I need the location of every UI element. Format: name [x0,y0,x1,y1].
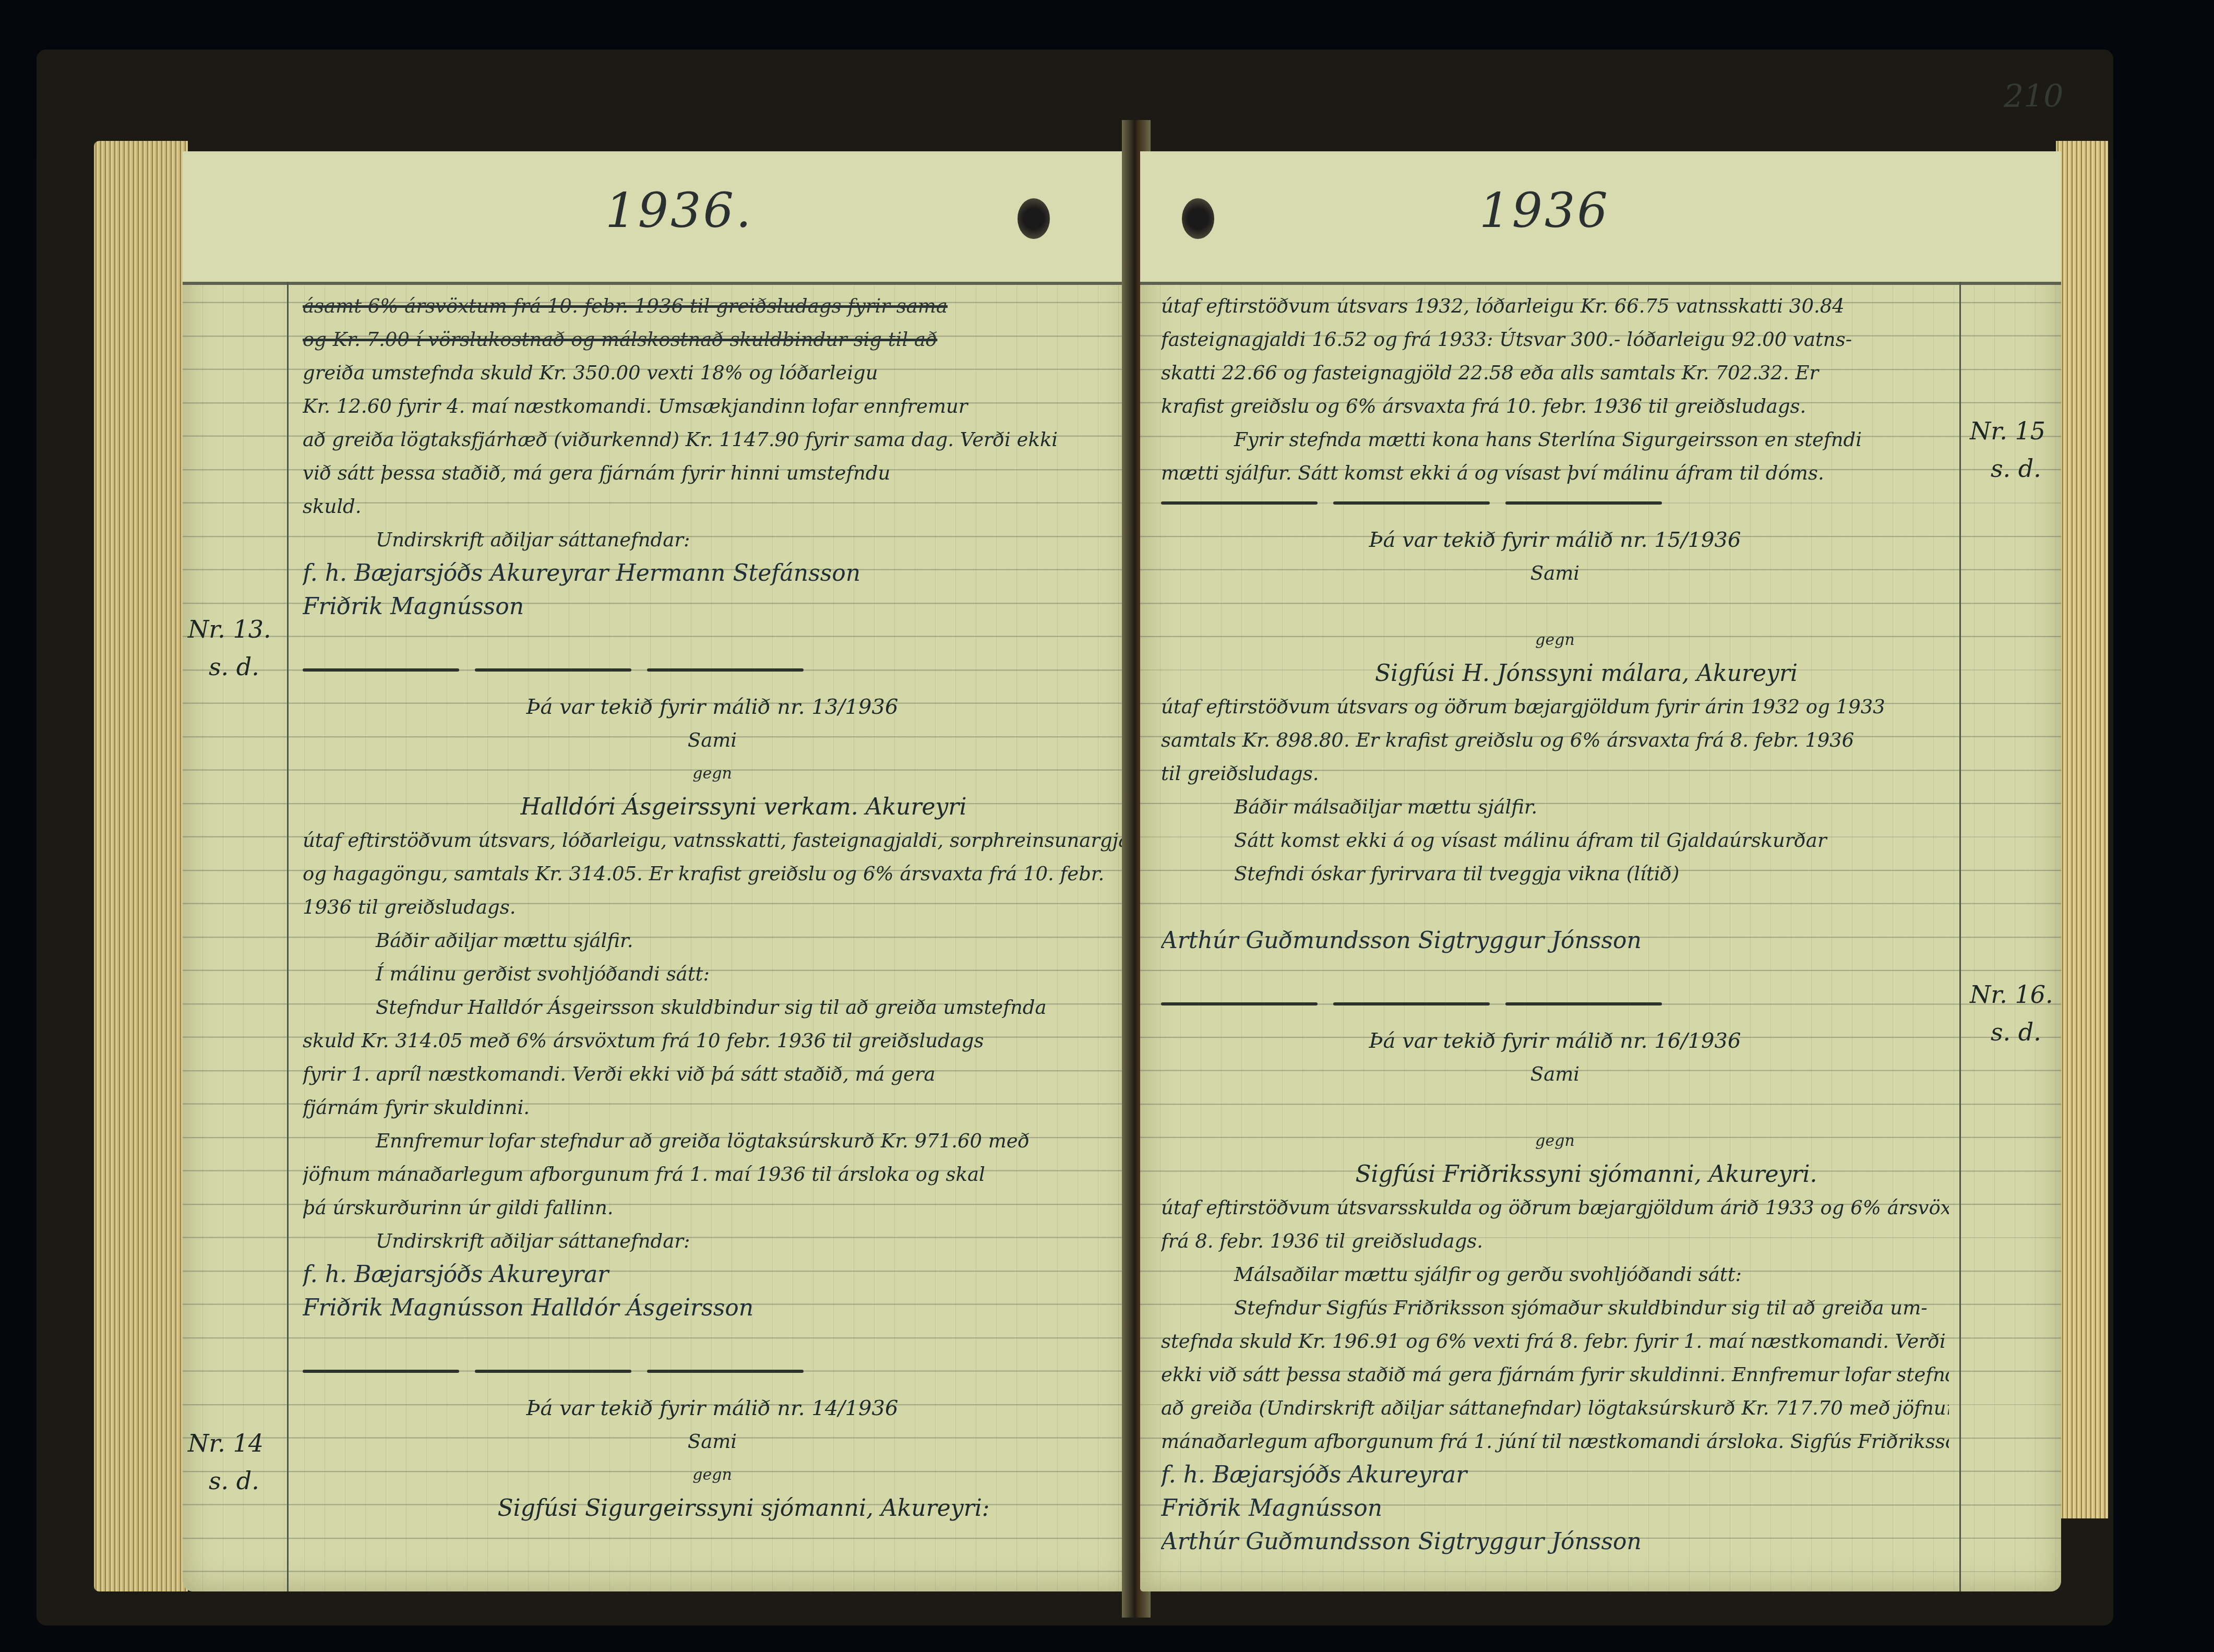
handwritten-line: Stefndur Sigfús Friðriksson sjómaður sku… [1161,1291,1949,1325]
handwritten-line: samtals Kr. 898.80. Er krafist greiðslu … [1161,724,1949,757]
handwritten-line: Sami [303,724,1122,757]
handwritten-line [303,1325,1122,1358]
handwritten-line: Arthúr Guðmundsson Sigtryggur Jónsson [1161,924,1949,957]
handwritten-line: Báðir málsaðiljar mættu sjálfir. [1161,791,1949,824]
handwritten-line: skuld Kr. 314.05 með 6% ársvöxtum frá 10… [303,1024,1122,1058]
margin-rule [287,282,289,1591]
page-edges-left [94,141,188,1591]
left-page-header: 1936. [183,151,1132,285]
right-page: 1936 Nr. 15 s. d. Nr. 16. s. d. útaf eft… [1140,151,2061,1591]
right-page-body: útaf eftirstöðvum útsvars 1932, lóðarlei… [1161,290,1949,1559]
handwritten-line: f. h. Bæjarsjóðs Akureyrar [1161,1458,1949,1492]
handwritten-line: Þá var tekið fyrir málið nr. 15/1936 [1161,523,1949,557]
entry-divider [303,1358,1122,1392]
handwritten-line: Málsaðilar mættu sjálfir og gerðu svohlj… [1161,1258,1949,1291]
handwritten-line: Fyrir stefnda mætti kona hans Sterlína S… [1161,423,1949,457]
handwritten-line: 1936 til greiðsludags. [303,891,1122,924]
handwritten-line: frá 8. febr. 1936 til greiðsludags. [1161,1225,1949,1258]
case-number: Nr. 15 [1970,412,2045,450]
right-page-header: 1936 [1140,151,2061,285]
handwritten-line: f. h. Bæjarsjóðs Akureyrar [303,1258,1122,1291]
left-page: 1936. Nr. 13. s. d. Nr. 14 s. d. ásamt 6… [183,151,1132,1591]
handwritten-line: útaf eftirstöðvum útsvarsskulda og öðrum… [1161,1191,1949,1225]
page-edges-right [2056,141,2108,1518]
divider-stroke [1333,501,1490,505]
handwritten-line: Kr. 12.60 fyrir 4. maí næstkomandi. Umsæ… [303,390,1122,423]
punch-hole [1018,198,1050,239]
handwritten-line: Arthúr Guðmundsson Sigtryggur Jónsson [1161,1525,1949,1559]
handwritten-line: Friðrik Magnússon Halldór Ásgeirsson [303,1291,1122,1325]
handwritten-line: Sami [303,1425,1122,1458]
case-date: s. d. [188,648,271,686]
divider-stroke [475,1370,631,1373]
handwritten-line [303,624,1122,657]
handwritten-line: gegn [1161,624,1949,657]
page-number: 210 [2004,78,2064,115]
divider-stroke [1333,1002,1490,1005]
divider-stroke [1505,501,1662,505]
handwritten-line [1161,1091,1949,1124]
divider-stroke [303,1370,459,1373]
handwritten-line: Undirskrift aðiljar sáttanefndar: [303,1225,1122,1258]
entry-divider [1161,991,1949,1024]
case-date: s. d. [188,1462,264,1500]
handwritten-line: að greiða (Undirskrift aðiljar sáttanefn… [1161,1392,1949,1425]
punch-hole [1182,198,1214,239]
handwritten-line: Báðir aðiljar mættu sjálfir. [303,924,1122,957]
handwritten-line: fasteignagjaldi 16.52 og frá 1933: Útsva… [1161,323,1949,356]
handwritten-line: skatti 22.66 og fasteignagjöld 22.58 eða… [1161,356,1949,390]
margin-entry-14: Nr. 14 s. d. [188,1424,264,1500]
handwritten-line [1161,590,1949,624]
handwritten-line: greiða umstefnda skuld Kr. 350.00 vexti … [303,356,1122,390]
handwritten-line: gegn [303,757,1122,791]
handwritten-line: mætti sjálfur. Sátt komst ekki á og vísa… [1161,457,1949,490]
case-date: s. d. [1970,1013,2053,1051]
right-year-header: 1936 [1479,183,1610,238]
case-number: Nr. 16. [1970,976,2053,1013]
handwritten-line: Sami [1161,1058,1949,1091]
handwritten-line: Sigfúsi Sigurgeirssyni sjómanni, Akureyr… [303,1492,1122,1525]
handwritten-line: ásamt 6% ársvöxtum frá 10. febr. 1936 ti… [303,290,1122,323]
handwritten-line: Friðrik Magnússon [303,590,1122,624]
divider-stroke [475,668,631,672]
handwritten-line: Stefndur Halldór Ásgeirsson skuldbindur … [303,991,1122,1024]
entry-divider [1161,490,1949,523]
handwritten-line: Sátt komst ekki á og vísast málinu áfram… [1161,824,1949,857]
divider-stroke [1161,1002,1318,1005]
case-number: Nr. 14 [188,1424,264,1462]
handwritten-line: ekki við sátt þessa staðið má gera fjárn… [1161,1358,1949,1392]
handwritten-line: og hagagöngu, samtals Kr. 314.05. Er kra… [303,857,1122,891]
divider-stroke [647,1370,804,1373]
divider-stroke [303,668,459,672]
handwritten-line: til greiðsludags. [1161,757,1949,791]
left-year-header: 1936. [605,183,753,238]
handwritten-line: Þá var tekið fyrir málið nr. 13/1936 [303,690,1122,724]
case-number: Nr. 13. [188,610,271,648]
margin-entry-13: Nr. 13. s. d. [188,610,271,686]
handwritten-line [1161,891,1949,924]
divider-stroke [1161,501,1318,505]
handwritten-line: gegn [1161,1124,1949,1158]
margin-entry-16: Nr. 16. s. d. [1970,976,2053,1051]
handwritten-line: Ennfremur lofar stefndur að greiða lögta… [303,1124,1122,1158]
handwritten-line: þá úrskurðurinn úr gildi fallinn. [303,1191,1122,1225]
handwritten-line: Sigfúsi Friðrikssyni sjómanni, Akureyri. [1161,1158,1949,1191]
handwritten-line: útaf eftirstöðvum útsvars og öðrum bæjar… [1161,690,1949,724]
case-date: s. d. [1970,450,2045,487]
handwritten-line: krafist greiðslu og 6% ársvaxta frá 10. … [1161,390,1949,423]
margin-rule [1959,282,1961,1591]
handwritten-line: mánaðarlegum afborgunum frá 1. júní til … [1161,1425,1949,1458]
handwritten-line: jöfnum mánaðarlegum afborgunum frá 1. ma… [303,1158,1122,1191]
handwritten-line: stefnda skuld Kr. 196.91 og 6% vexti frá… [1161,1325,1949,1358]
handwritten-line: Þá var tekið fyrir málið nr. 14/1936 [303,1392,1122,1425]
entry-divider [303,657,1122,690]
handwritten-line: við sátt þessa staðið, má gera fjárnám f… [303,457,1122,490]
handwritten-line: skuld. [303,490,1122,523]
handwritten-line: gegn [303,1458,1122,1492]
margin-entry-15: Nr. 15 s. d. [1970,412,2045,487]
handwritten-line: f. h. Bæjarsjóðs Akureyrar Hermann Stefá… [303,557,1122,590]
handwritten-line: Friðrik Magnússon [1161,1492,1949,1525]
handwritten-line: að greiða lögtaksfjárhæð (viðurkennd) Kr… [303,423,1122,457]
divider-stroke [1505,1002,1662,1005]
handwritten-line: og Kr. 7.00 í vörslukostnað og málskostn… [303,323,1122,356]
handwritten-line: Sigfúsi H. Jónssyni málara, Akureyri [1161,657,1949,690]
left-page-body: ásamt 6% ársvöxtum frá 10. febr. 1936 ti… [303,290,1122,1525]
handwritten-line: Halldóri Ásgeirssyni verkam. Akureyri [303,791,1122,824]
handwritten-line: Sami [1161,557,1949,590]
handwritten-line: fjárnám fyrir skuldinni. [303,1091,1122,1124]
handwritten-line: Stefndi óskar fyrirvara til tveggja vikn… [1161,857,1949,891]
handwritten-line: útaf eftirstöðvum útsvars 1932, lóðarlei… [1161,290,1949,323]
handwritten-line: Undirskrift aðiljar sáttanefndar: [303,523,1122,557]
handwritten-line [1161,957,1949,991]
handwritten-line: fyrir 1. apríl næstkomandi. Verði ekki v… [303,1058,1122,1091]
handwritten-line: útaf eftirstöðvum útsvars, lóðarleigu, v… [303,824,1122,857]
divider-stroke [647,668,804,672]
handwritten-line: Þá var tekið fyrir málið nr. 16/1936 [1161,1024,1949,1058]
handwritten-line: Í málinu gerðist svohljóðandi sátt: [303,957,1122,991]
